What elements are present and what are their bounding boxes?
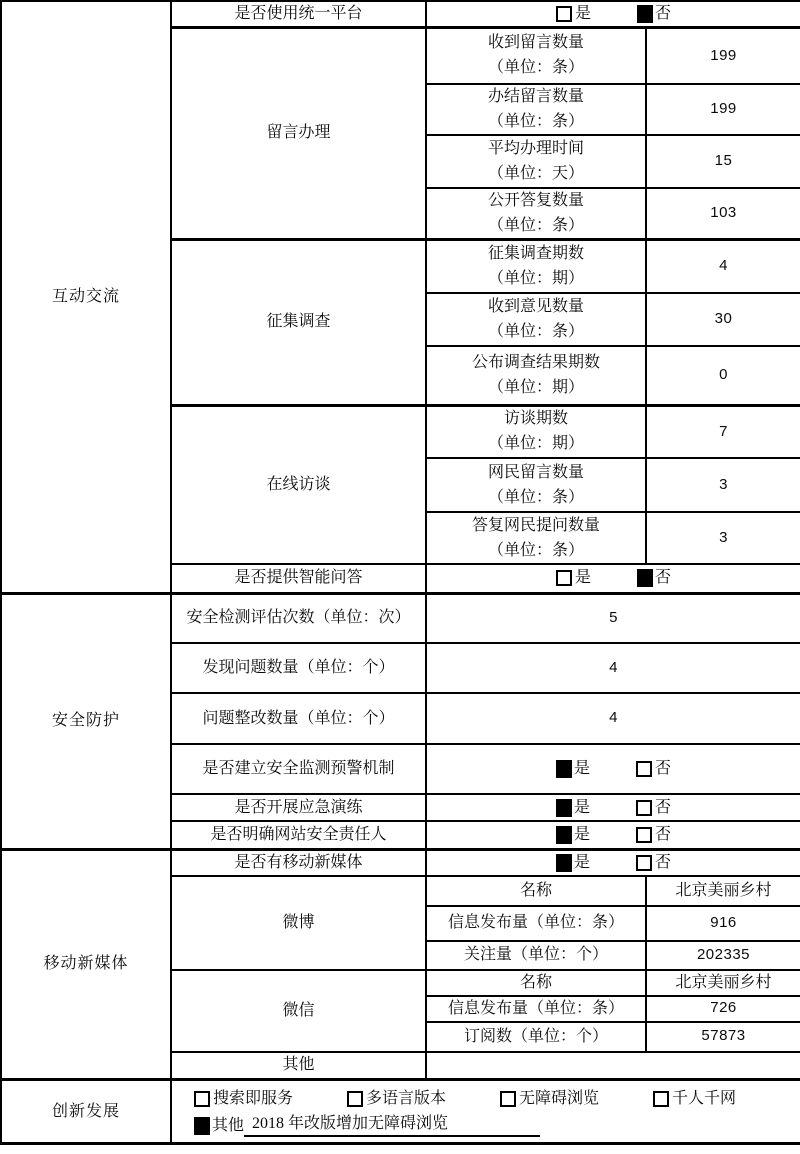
no-option: 否 [636, 851, 671, 875]
no-label: 否 [655, 796, 671, 820]
metric-name: 网民留言数量 [427, 461, 645, 485]
security-yesno-label: 是否明确网站安全责任人 [171, 821, 426, 849]
metric-label: 办结留言数量 （单位：条） [426, 84, 646, 135]
media-other-label: 其他 [171, 1052, 426, 1080]
security-yesno-label: 是否开展应急演练 [171, 794, 426, 821]
table-row: 创新发展 搜索即服务 多语言版本 无障碍浏览 千人千网 其他 2018 年改版增… [1, 1080, 800, 1144]
metric-name: 公开答复数量 [427, 189, 645, 213]
metric-value: 4 [646, 239, 800, 293]
yes-label: 是 [574, 757, 590, 781]
checkbox-checked-icon [556, 799, 572, 817]
innovation-other-line: 其他 2018 年改版增加无障碍浏览 [194, 1113, 794, 1138]
yes-label: 是 [575, 566, 591, 590]
security-metric-label: 发现问题数量（单位：个） [171, 643, 426, 693]
no-option: 否 [636, 823, 671, 847]
has-media-value: 是 否 [426, 849, 800, 876]
yes-label: 是 [574, 796, 590, 820]
metric-unit: （单位：条） [427, 320, 645, 344]
security-yesno-label: 是否建立安全监测预警机制 [171, 744, 426, 794]
metric-name: 征集调查期数 [427, 242, 645, 266]
yes-label: 是 [575, 2, 591, 26]
other-label: 其他 [212, 1114, 244, 1138]
media-field-label: 订阅数（单位：个） [426, 1022, 646, 1052]
report-page: 互动交流 是否使用统一平台 是 否 留言办理 收到留言数量 （单位：条） 199… [0, 0, 800, 1154]
metric-label: 征集调查期数 （单位：期） [426, 239, 646, 293]
yes-no-group: 是 否 [427, 823, 800, 847]
yes-no-group: 是 否 [427, 2, 800, 26]
metric-value: 30 [646, 293, 800, 346]
option-label: 千人千网 [672, 1087, 736, 1111]
metric-unit: （单位：期） [427, 267, 645, 291]
table-row: 安全防护 安全检测评估次数（单位：次） 5 [1, 593, 800, 643]
metric-label: 平均办理时间 （单位：天） [426, 135, 646, 188]
metric-name: 办结留言数量 [427, 85, 645, 109]
yes-no-group: 是 否 [427, 851, 800, 875]
security-yesno-value: 是 否 [426, 794, 800, 821]
yes-no-group: 是 否 [427, 757, 800, 781]
checkbox-unchecked-icon [556, 570, 572, 586]
media-field-label: 名称 [426, 876, 646, 906]
option-accessibility: 无障碍浏览 [500, 1087, 599, 1111]
checkbox-unchecked-icon [653, 1091, 669, 1107]
no-option: 否 [637, 2, 671, 26]
media-field-value: 916 [646, 906, 800, 941]
section-label-innovation: 创新发展 [1, 1080, 171, 1144]
metric-label: 访谈期数 （单位：期） [426, 405, 646, 458]
metric-unit: （单位：天） [427, 162, 645, 186]
media-field-value: 202335 [646, 941, 800, 970]
option-multilanguage: 多语言版本 [347, 1087, 446, 1111]
media-field-label: 信息发布量（单位：条） [426, 906, 646, 941]
option-label: 搜索即服务 [213, 1087, 293, 1111]
metric-value: 7 [646, 405, 800, 458]
no-label: 否 [655, 566, 671, 590]
media-field-value: 726 [646, 996, 800, 1022]
unified-platform-value: 是 否 [426, 1, 800, 28]
no-label: 否 [655, 757, 671, 781]
checkbox-checked-icon [556, 826, 572, 844]
metric-unit: （单位：条） [427, 486, 645, 510]
option-label: 多语言版本 [366, 1087, 446, 1111]
security-yesno-value: 是 否 [426, 821, 800, 849]
yes-option: 是 [556, 757, 590, 781]
innovation-content: 搜索即服务 多语言版本 无障碍浏览 千人千网 其他 2018 年改版增加无障碍浏… [171, 1080, 800, 1144]
metric-name: 收到留言数量 [427, 31, 645, 55]
report-table: 互动交流 是否使用统一平台 是 否 留言办理 收到留言数量 （单位：条） 199… [0, 0, 800, 1145]
metric-label: 公布调查结果期数 （单位：期） [426, 346, 646, 405]
security-metric-label: 问题整改数量（单位：个） [171, 693, 426, 744]
metric-value: 103 [646, 188, 800, 240]
group-label-wechat: 微信 [171, 970, 426, 1052]
yes-label: 是 [574, 851, 590, 875]
media-field-value: 57873 [646, 1022, 800, 1052]
media-other-value [426, 1052, 800, 1080]
section-label-interaction: 互动交流 [1, 1, 171, 593]
section-label-security: 安全防护 [1, 593, 171, 849]
checkbox-unchecked-icon [347, 1091, 363, 1107]
table-row: 互动交流 是否使用统一平台 是 否 [1, 1, 800, 28]
yes-option: 是 [556, 2, 591, 26]
table-row: 移动新媒体 是否有移动新媒体 是 否 [1, 849, 800, 876]
group-label-survey: 征集调查 [171, 239, 426, 405]
checkbox-unchecked-icon [636, 761, 652, 777]
checkbox-checked-icon [637, 569, 653, 587]
metric-name: 答复网民提问数量 [427, 514, 645, 538]
yes-option: 是 [556, 851, 590, 875]
security-yesno-value: 是 否 [426, 744, 800, 794]
metric-unit: （单位：期） [427, 432, 645, 456]
metric-unit: （单位：条） [427, 56, 645, 80]
no-option: 否 [636, 796, 671, 820]
metric-name: 收到意见数量 [427, 295, 645, 319]
metric-label: 收到留言数量 （单位：条） [426, 28, 646, 84]
metric-value: 199 [646, 84, 800, 135]
option-label: 无障碍浏览 [519, 1087, 599, 1111]
checkbox-checked-icon [194, 1117, 210, 1135]
smart-qa-label: 是否提供智能问答 [171, 564, 426, 593]
metric-value: 3 [646, 512, 800, 564]
option-other: 其他 [194, 1114, 244, 1138]
media-field-value: 北京美丽乡村 [646, 876, 800, 906]
no-option: 否 [636, 757, 671, 781]
checkbox-unchecked-icon [636, 800, 652, 816]
checkbox-unchecked-icon [636, 855, 652, 871]
option-search-service: 搜索即服务 [194, 1087, 293, 1111]
metric-value: 199 [646, 28, 800, 84]
yes-option: 是 [556, 566, 591, 590]
option-personalized: 千人千网 [653, 1087, 736, 1111]
checkbox-checked-icon [556, 854, 572, 872]
group-label-message-handling: 留言办理 [171, 28, 426, 240]
yes-option: 是 [556, 796, 590, 820]
security-metric-value: 4 [426, 643, 800, 693]
checkbox-unchecked-icon [556, 6, 572, 22]
yes-option: 是 [556, 823, 590, 847]
metric-unit: （单位：期） [427, 376, 645, 400]
metric-unit: （单位：条） [427, 110, 645, 134]
metric-unit: （单位：条） [427, 214, 645, 238]
checkbox-unchecked-icon [636, 827, 652, 843]
metric-label: 公开答复数量 （单位：条） [426, 188, 646, 240]
media-field-label: 名称 [426, 970, 646, 996]
metric-label: 网民留言数量 （单位：条） [426, 458, 646, 512]
media-field-label: 信息发布量（单位：条） [426, 996, 646, 1022]
metric-name: 访谈期数 [427, 407, 645, 431]
yes-label: 是 [574, 823, 590, 847]
group-label-weibo: 微博 [171, 876, 426, 970]
security-metric-label: 安全检测评估次数（单位：次） [171, 593, 426, 643]
media-field-label: 关注量（单位：个） [426, 941, 646, 970]
metric-label: 收到意见数量 （单位：条） [426, 293, 646, 346]
metric-value: 3 [646, 458, 800, 512]
metric-value: 15 [646, 135, 800, 188]
metric-unit: （单位：条） [427, 539, 645, 563]
unified-platform-label: 是否使用统一平台 [171, 1, 426, 28]
yes-no-group: 是 否 [427, 566, 800, 590]
security-metric-value: 5 [426, 593, 800, 643]
no-label: 否 [655, 851, 671, 875]
has-media-label: 是否有移动新媒体 [171, 849, 426, 876]
metric-label: 答复网民提问数量 （单位：条） [426, 512, 646, 564]
group-label-interview: 在线访谈 [171, 405, 426, 564]
innovation-options: 搜索即服务 多语言版本 无障碍浏览 千人千网 [194, 1086, 794, 1111]
checkbox-checked-icon [556, 760, 572, 778]
no-label: 否 [655, 2, 671, 26]
section-label-mobile: 移动新媒体 [1, 849, 171, 1080]
checkbox-checked-icon [637, 5, 653, 23]
checkbox-unchecked-icon [500, 1091, 516, 1107]
yes-no-group: 是 否 [427, 796, 800, 820]
checkbox-unchecked-icon [194, 1091, 210, 1107]
metric-name: 公布调查结果期数 [427, 351, 645, 375]
metric-name: 平均办理时间 [427, 137, 645, 161]
security-metric-value: 4 [426, 693, 800, 744]
no-option: 否 [637, 566, 671, 590]
no-label: 否 [655, 823, 671, 847]
metric-value: 0 [646, 346, 800, 405]
other-fill-in-blank: 2018 年改版增加无障碍浏览 [244, 1114, 540, 1137]
media-field-value: 北京美丽乡村 [646, 970, 800, 996]
smart-qa-value: 是 否 [426, 564, 800, 593]
